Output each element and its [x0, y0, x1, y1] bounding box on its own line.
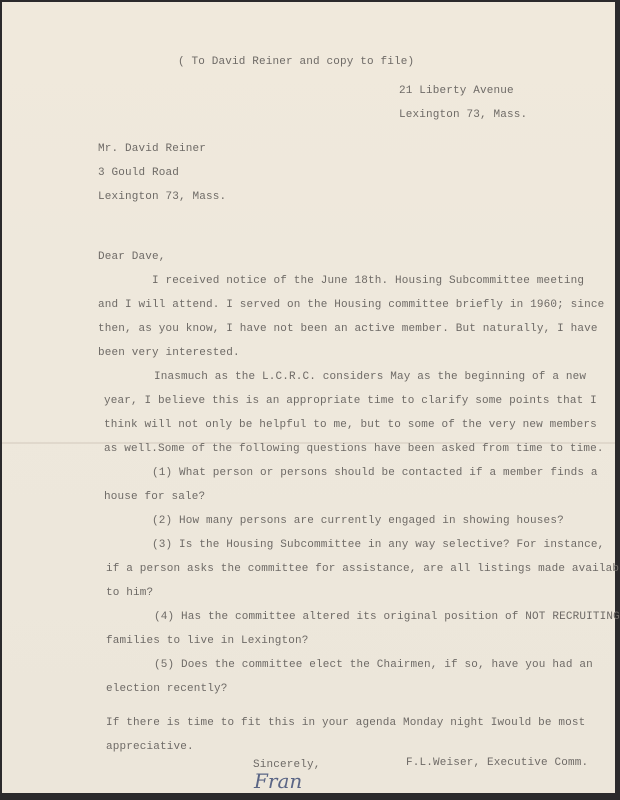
- signer-name: F.L.Weiser, Executive Comm.: [406, 757, 588, 769]
- copy-note: ( To David Reiner and copy to file): [178, 56, 414, 68]
- paragraph1-line-1: I received notice of the June 18th. Hous…: [152, 275, 584, 287]
- recipient-name: Mr. David Reiner: [98, 143, 206, 155]
- question-3-line-3: to him?: [106, 587, 153, 599]
- sender-address-line-2: Lexington 73, Mass.: [399, 109, 527, 121]
- paragraph2-line-1: Inasmuch as the L.C.R.C. considers May a…: [154, 371, 586, 383]
- paragraph1-line-3: then, as you know, I have not been an ac…: [98, 323, 598, 335]
- salutation: Dear Dave,: [98, 251, 166, 263]
- paragraph2-line-3: think will not only be helpful to me, bu…: [104, 419, 597, 431]
- question-1-line-1: (1) What person or persons should be con…: [152, 467, 598, 479]
- closing-paragraph-line-2: appreciative.: [106, 741, 194, 753]
- question-3-line-1: (3) Is the Housing Subcommittee in any w…: [152, 539, 604, 551]
- question-5-line-2: election recently?: [106, 683, 228, 695]
- question-1-line-2: house for sale?: [104, 491, 205, 503]
- closing-paragraph-line-1: If there is time to fit this in your age…: [106, 717, 585, 729]
- paragraph2-line-2: year, I believe this is an appropriate t…: [104, 395, 597, 407]
- paragraph2-line-4: as well.Some of the following questions …: [104, 443, 604, 455]
- paragraph1-line-2: and I will attend. I served on the Housi…: [98, 299, 604, 311]
- question-3-line-2: if a person asks the committee for assis…: [106, 563, 620, 575]
- question-4-line-2: families to live in Lexington?: [106, 635, 309, 647]
- handwritten-signature: Fran: [254, 769, 302, 793]
- recipient-street: 3 Gould Road: [98, 167, 179, 179]
- question-2-line-1: (2) How many persons are currently engag…: [152, 515, 564, 527]
- question-4-line-1: (4) Has the committee altered its origin…: [154, 611, 620, 623]
- question-5-line-1: (5) Does the committee elect the Chairme…: [154, 659, 593, 671]
- letter-page: ( To David Reiner and copy to file) 21 L…: [2, 2, 615, 793]
- sender-address-line-1: 21 Liberty Avenue: [399, 85, 514, 97]
- recipient-city: Lexington 73, Mass.: [98, 191, 226, 203]
- paragraph1-line-4: been very interested.: [98, 347, 240, 359]
